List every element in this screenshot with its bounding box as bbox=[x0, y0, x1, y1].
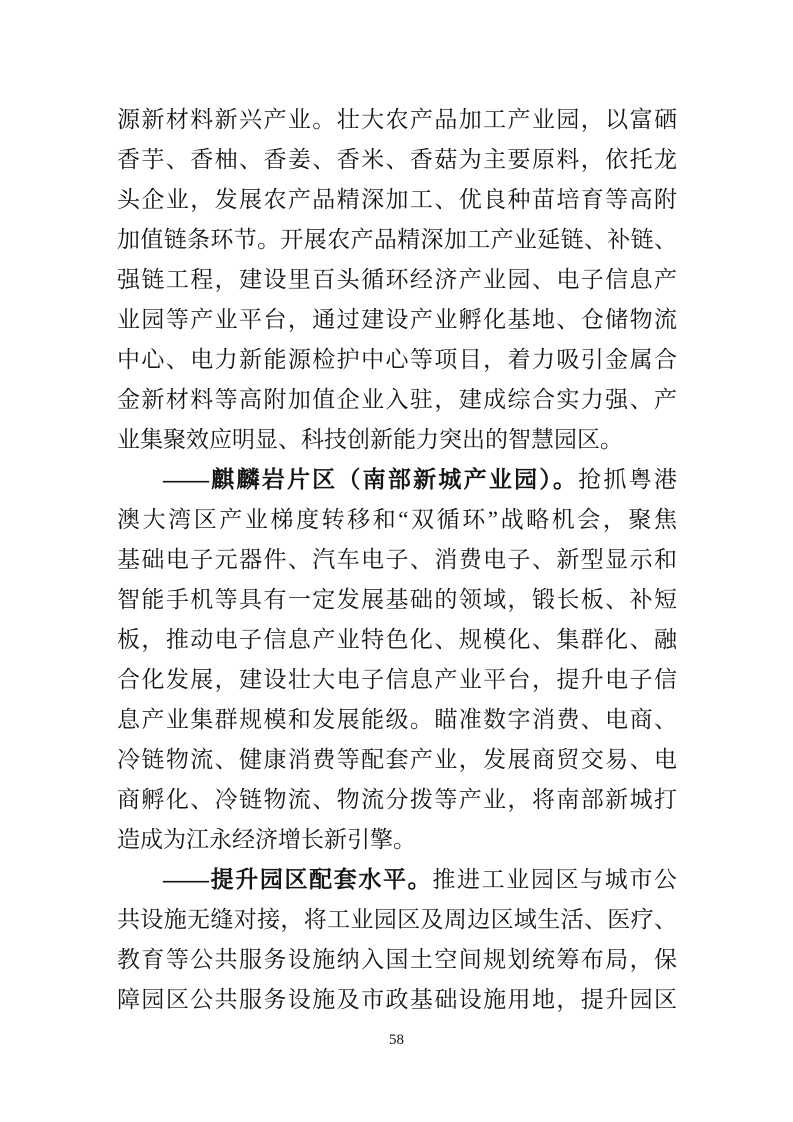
text-line: 智能手机等具有一定发展基础的领域，锻长板、补短 bbox=[117, 580, 677, 620]
text-line: 香芋、香柚、香姜、香米、香菇为主要原料，依托龙 bbox=[117, 140, 677, 180]
text-segment: 中心、电力新能源检护中心等项目，着力吸引金属合 bbox=[117, 347, 677, 372]
text-segment: 基础电子元器件、汽车电子、消费电子、新型显示和 bbox=[117, 547, 677, 572]
text-segment: 头企业，发展农产品精深加工、优良种苗培育等高附 bbox=[117, 187, 677, 212]
text-segment: 息产业集群规模和发展能级。瞄准数字消费、电商、 bbox=[117, 707, 677, 732]
text-line: ——提升园区配套水平。推进工业园区与城市公 bbox=[117, 860, 677, 900]
text-line: 业园等产业平台，通过建设产业孵化基地、仓储物流 bbox=[117, 300, 677, 340]
text-line: 息产业集群规模和发展能级。瞄准数字消费、电商、 bbox=[117, 700, 677, 740]
text-segment: 冷链物流、健康消费等配套产业，发展商贸交易、电 bbox=[117, 747, 677, 772]
text-segment: 业园等产业平台，通过建设产业孵化基地、仓储物流 bbox=[117, 307, 677, 332]
text-line: 商孵化、冷链物流、物流分拨等产业，将南部新城打 bbox=[117, 780, 677, 820]
section-heading-segment: ——提升园区配套水平。 bbox=[163, 867, 432, 892]
text-segment: 教育等公共服务设施纳入国土空间规划统筹布局，保 bbox=[117, 947, 677, 972]
text-segment: 加值链条环节。开展农产品精深加工产业延链、补链、 bbox=[117, 227, 677, 252]
text-segment: 板，推动电子信息产业特色化、规模化、集群化、融 bbox=[117, 627, 677, 652]
text-segment: 澳大湾区产业梯度转移和“双循环”战略机会，聚焦 bbox=[117, 507, 677, 532]
section-heading-segment: ——麒麟岩片区（南部新城产业园）。 bbox=[163, 467, 578, 492]
text-line: 教育等公共服务设施纳入国土空间规划统筹布局，保 bbox=[117, 940, 677, 980]
text-line: 中心、电力新能源检护中心等项目，着力吸引金属合 bbox=[117, 340, 677, 380]
text-segment: 推进工业园区与城市公 bbox=[432, 867, 677, 892]
text-line: 强链工程，建设里百头循环经济产业园、电子信息产 bbox=[117, 260, 677, 300]
text-segment: 金新材料等高附加值企业入驻，建成综合实力强、产 bbox=[117, 387, 677, 412]
text-segment: 合化发展，建设壮大电子信息产业平台，提升电子信 bbox=[117, 667, 677, 692]
text-segment: 智能手机等具有一定发展基础的领域，锻长板、补短 bbox=[117, 587, 677, 612]
text-segment: 源新材料新兴产业。壮大农产品加工产业园，以富硒 bbox=[117, 107, 677, 132]
document-body: 源新材料新兴产业。壮大农产品加工产业园，以富硒香芋、香柚、香姜、香米、香菇为主要… bbox=[117, 100, 677, 1020]
text-line: 障园区公共服务设施及市政基础设施用地，提升园区 bbox=[117, 980, 677, 1020]
text-line: 造成为江永经济增长新引擎。 bbox=[117, 820, 677, 860]
text-segment: 障园区公共服务设施及市政基础设施用地，提升园区 bbox=[117, 987, 677, 1012]
text-line: ——麒麟岩片区（南部新城产业园）。抢抓粤港 bbox=[117, 460, 677, 500]
text-segment: 香芋、香柚、香姜、香米、香菇为主要原料，依托龙 bbox=[117, 147, 677, 172]
text-line: 头企业，发展农产品精深加工、优良种苗培育等高附 bbox=[117, 180, 677, 220]
text-line: 源新材料新兴产业。壮大农产品加工产业园，以富硒 bbox=[117, 100, 677, 140]
text-line: 加值链条环节。开展农产品精深加工产业延链、补链、 bbox=[117, 220, 677, 260]
text-line: 基础电子元器件、汽车电子、消费电子、新型显示和 bbox=[117, 540, 677, 580]
text-line: 金新材料等高附加值企业入驻，建成综合实力强、产 bbox=[117, 380, 677, 420]
text-segment: 抢抓粤港 bbox=[578, 467, 677, 492]
text-line: 冷链物流、健康消费等配套产业，发展商贸交易、电 bbox=[117, 740, 677, 780]
text-line: 板，推动电子信息产业特色化、规模化、集群化、融 bbox=[117, 620, 677, 660]
text-segment: 商孵化、冷链物流、物流分拨等产业，将南部新城打 bbox=[117, 787, 677, 812]
text-segment: 业集聚效应明显、科技创新能力突出的智慧园区。 bbox=[117, 427, 623, 452]
text-line: 共设施无缝对接，将工业园区及周边区域生活、医疗、 bbox=[117, 900, 677, 940]
page-number: 58 bbox=[0, 1031, 793, 1049]
text-line: 澳大湾区产业梯度转移和“双循环”战略机会，聚焦 bbox=[117, 500, 677, 540]
text-line: 业集聚效应明显、科技创新能力突出的智慧园区。 bbox=[117, 420, 677, 460]
document-page: 源新材料新兴产业。壮大农产品加工产业园，以富硒香芋、香柚、香姜、香米、香菇为主要… bbox=[0, 0, 793, 1122]
text-segment: 造成为江永经济增长新引擎。 bbox=[117, 827, 416, 852]
text-segment: 强链工程，建设里百头循环经济产业园、电子信息产 bbox=[117, 267, 677, 292]
text-line: 合化发展，建设壮大电子信息产业平台，提升电子信 bbox=[117, 660, 677, 700]
text-segment: 共设施无缝对接，将工业园区及周边区域生活、医疗、 bbox=[117, 907, 677, 932]
